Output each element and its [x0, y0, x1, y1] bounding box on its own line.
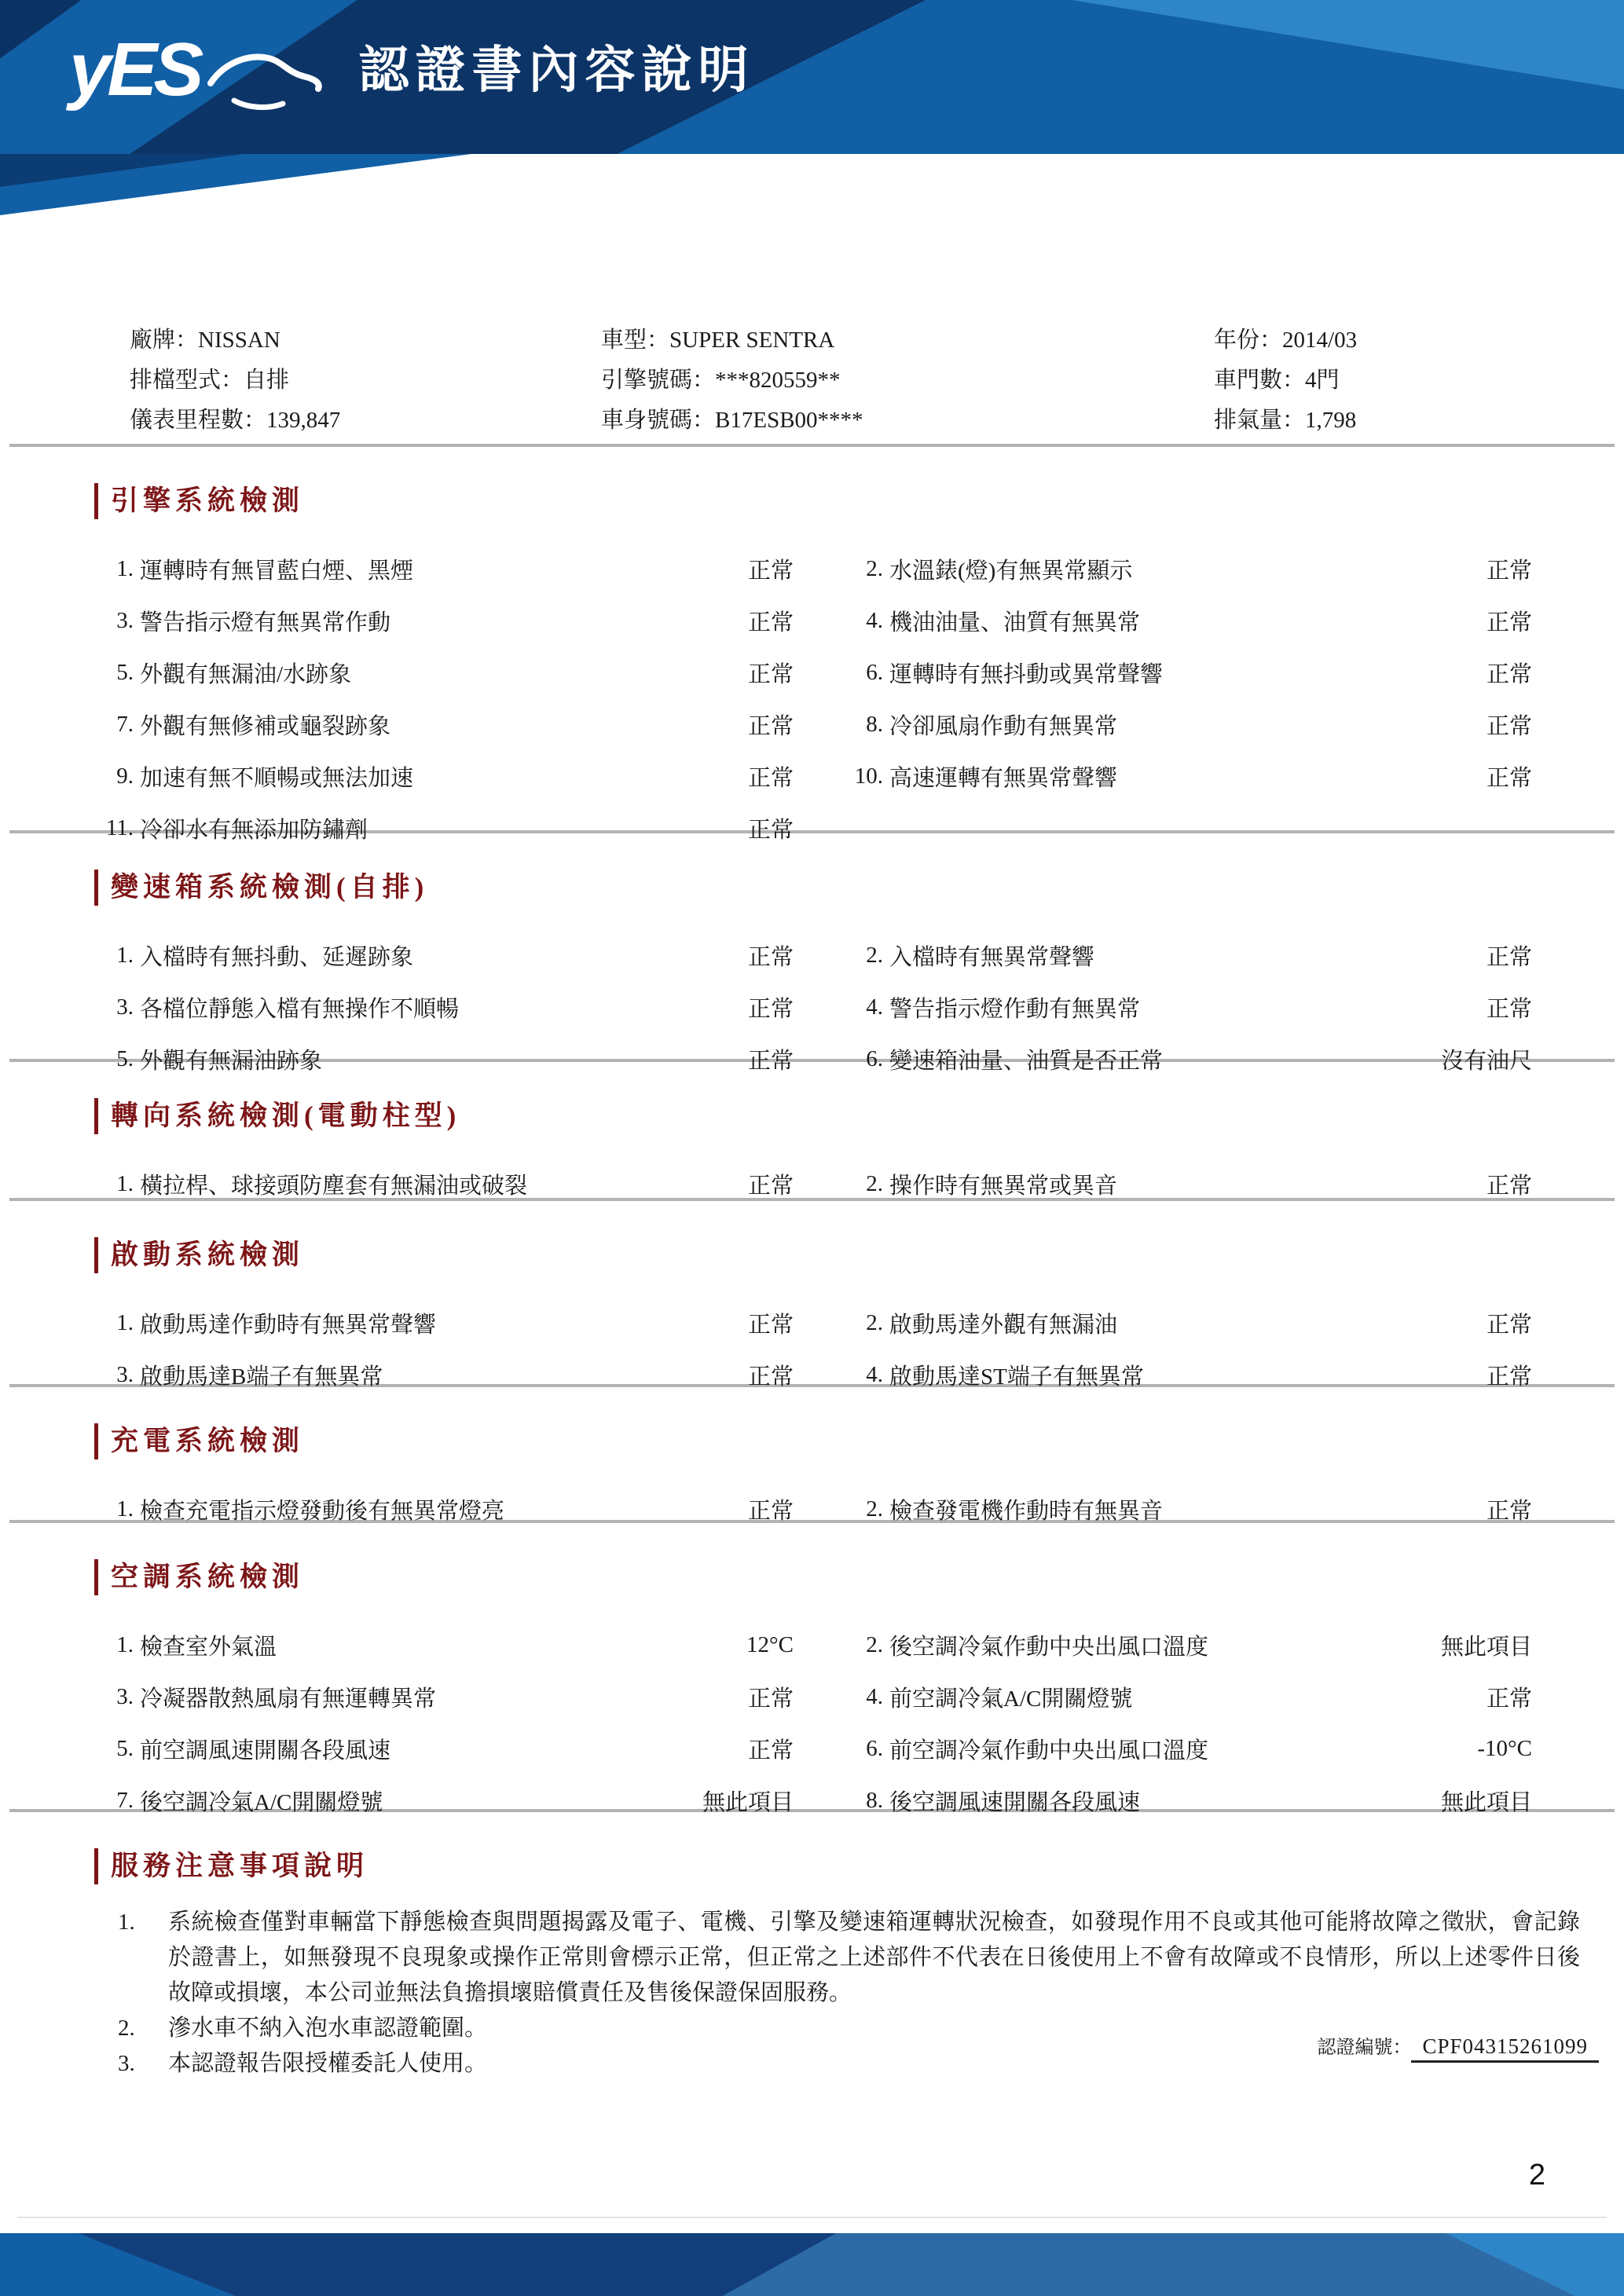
section-title-text: 轉向系統檢測(電動柱型) [111, 1098, 460, 1134]
title-bar [94, 1559, 98, 1595]
item-number: 2. [849, 1632, 883, 1658]
info-value: 1,798 [1305, 408, 1356, 433]
item-result: 正常 [676, 605, 794, 637]
item-number: 1. [99, 943, 134, 969]
item-number: 6. [849, 660, 883, 686]
item-number: 1. [99, 1310, 134, 1336]
info-value: 4門 [1305, 368, 1340, 393]
item-label: 外觀有無修補或龜裂跡象 [134, 709, 676, 741]
item-result: 正常 [1414, 1681, 1532, 1713]
section-title-text: 啟動系統檢測 [111, 1237, 304, 1273]
item-result: 正常 [676, 709, 794, 741]
item-number: 7. [99, 712, 134, 738]
title-bar [94, 1237, 98, 1273]
section-title-text: 引擎系統檢測 [111, 483, 304, 519]
note-text: 系統檢查僅對車輛當下靜態檢查與問題揭露及電子、電機、引擎及變速箱運轉狀況檢查，如… [159, 1905, 1580, 2011]
info-field: 車型：SUPER SENTRA [601, 320, 1214, 361]
section-title-text: 變速箱系統檢測(自排) [111, 870, 428, 906]
item-number: 2. [849, 556, 883, 582]
item-result: 正常 [676, 657, 794, 689]
item-number: 2. [849, 1496, 883, 1522]
item-label: 操作時有無異常或異音 [883, 1168, 1414, 1200]
item-result: 正常 [1414, 760, 1532, 793]
item-label: 警告指示燈有無異常作動 [134, 605, 676, 637]
item-number: 2. [849, 1310, 883, 1336]
info-field: 廠牌：NISSAN [130, 320, 601, 361]
item-label: 機油油量、油質有無異常 [883, 605, 1414, 637]
title-bar [94, 1098, 98, 1134]
section-title-text: 充電系統檢測 [111, 1423, 304, 1459]
info-label: 車型： [601, 328, 669, 353]
section-title: 服務注意事項說明 [94, 1848, 1624, 1884]
brand-block: yES 認證書內容說明 [69, 27, 754, 113]
item-label: 後空調冷氣作動中央出風口溫度 [883, 1629, 1414, 1661]
item-label: 啟動馬達外觀有無漏油 [883, 1307, 1414, 1339]
item-number: 1. [99, 1632, 134, 1658]
item-number: 2. [849, 1171, 883, 1197]
item-result: 正常 [676, 1681, 794, 1713]
item-number: 4. [849, 994, 883, 1020]
item-label: 警告指示燈作動有無異常 [883, 991, 1414, 1023]
item-number: 5. [99, 1736, 134, 1762]
inspection-row: 1.入檔時有無抖動、延遲跡象正常 2.入檔時有無異常聲響正常 [0, 929, 1624, 981]
certificate-number-value: CPF04315261099 [1411, 2034, 1599, 2063]
section-starting: 啟動系統檢測 1.啟動馬達作動時有無異常聲響正常 2.啟動馬達外觀有無漏油正常 … [0, 1198, 1624, 1401]
info-value: 139,847 [266, 408, 340, 433]
section-title-text: 空調系統檢測 [111, 1559, 304, 1595]
title-bar [94, 870, 98, 906]
note-number: 3. [118, 2046, 159, 2082]
item-result: 正常 [1414, 991, 1532, 1023]
title-bar [94, 483, 98, 519]
item-number: 1. [99, 1171, 134, 1197]
header-banner: yES 認證書內容說明 [0, 0, 1624, 154]
page-title: 認證書內容說明 [358, 45, 754, 95]
note-number: 1. [118, 1905, 159, 2011]
item-number: 4. [849, 1684, 883, 1710]
inspection-row: 1.運轉時有無冒藍白煙、黑煙正常 2.水溫錶(燈)有無異常顯示正常 [0, 543, 1624, 595]
info-value: B17ESB00**** [715, 408, 863, 433]
item-result: -10°C [1414, 1736, 1532, 1762]
section-ac: 空調系統檢測 1.檢查室外氣溫12°C 2.後空調冷氣作動中央出風口溫度無此項目… [0, 1520, 1624, 1826]
yes-logo: yES [69, 32, 200, 108]
item-result: 正常 [1414, 1168, 1532, 1200]
info-label: 引擎號碼： [601, 368, 715, 393]
item-number: 6. [849, 1736, 883, 1762]
footer-separator-line [17, 2217, 1607, 2218]
inspection-row: 3.冷凝器散熱風扇有無運轉異常正常 4.前空調冷氣A/C開關燈號正常 [0, 1671, 1624, 1723]
inspection-row: 3.各檔位靜態入檔有無操作不順暢正常 4.警告指示燈作動有無異常正常 [0, 981, 1624, 1033]
item-label: 高速運轉有無異常聲響 [883, 760, 1414, 793]
certificate-number-label: 認證編號： [1317, 2038, 1411, 2058]
item-label: 橫拉桿、球接頭防塵套有無漏油或破裂 [134, 1168, 676, 1200]
section-steering: 轉向系統檢測(電動柱型) 1.橫拉桿、球接頭防塵套有無漏油或破裂正常 2.操作時… [0, 1059, 1624, 1210]
info-value: 自排 [244, 368, 289, 393]
item-result: 正常 [676, 1307, 794, 1339]
section-title: 轉向系統檢測(電動柱型) [94, 1098, 1624, 1134]
info-label: 車身號碼： [601, 408, 715, 433]
item-result: 12°C [676, 1632, 794, 1658]
item-label: 前空調冷氣A/C開關燈號 [883, 1681, 1414, 1713]
item-number: 10. [849, 764, 883, 789]
item-label: 運轉時有無冒藍白煙、黑煙 [134, 553, 676, 585]
info-field: 車門數：4門 [1214, 361, 1593, 401]
section-rows: 1.運轉時有無冒藍白煙、黑煙正常 2.水溫錶(燈)有無異常顯示正常 3.警告指示… [0, 543, 1624, 854]
info-field: 年份：2014/03 [1214, 320, 1593, 361]
item-result: 正常 [676, 939, 794, 972]
item-label: 水溫錶(燈)有無異常顯示 [883, 553, 1414, 585]
inspection-row: 3.警告指示燈有無異常作動正常 4.機油油量、油質有無異常正常 [0, 595, 1624, 646]
item-number: 8. [849, 712, 883, 738]
section-title: 空調系統檢測 [94, 1559, 1624, 1595]
info-value: SUPER SENTRA [669, 328, 834, 353]
note-number: 2. [118, 2011, 159, 2046]
item-label: 加速有無不順暢或無法加速 [134, 760, 676, 793]
info-label: 排檔型式： [130, 368, 244, 393]
section-title: 充電系統檢測 [94, 1423, 1624, 1459]
item-number: 5. [99, 660, 134, 686]
inspection-row: 1.啟動馬達作動時有無異常聲響正常 2.啟動馬達外觀有無漏油正常 [0, 1297, 1624, 1349]
info-label: 年份： [1214, 328, 1282, 353]
section-charging: 充電系統檢測 1.檢查充電指示燈發動後有無異常燈亮正常 2.檢查發電機作動時有無… [0, 1384, 1624, 1535]
certificate-number-line: 認證編號：CPF04315261099 [1317, 2031, 1599, 2063]
item-label: 運轉時有無抖動或異常聲響 [883, 657, 1414, 689]
info-label: 儀表里程數： [130, 408, 266, 433]
item-result: 正常 [1414, 939, 1532, 972]
item-number: 2. [849, 943, 883, 969]
info-label: 廠牌： [130, 328, 198, 353]
item-result: 無此項目 [1414, 1629, 1532, 1661]
footer-banner [0, 2233, 1624, 2296]
info-value: ***820559** [715, 368, 841, 393]
info-field: 排氣量：1,798 [1214, 401, 1593, 441]
page-number: 2 [1529, 2159, 1545, 2192]
section-engine: 引擎系統檢測 1.運轉時有無冒藍白煙、黑煙正常 2.水溫錶(燈)有無異常顯示正常… [0, 444, 1624, 854]
item-label: 入檔時有無抖動、延遲跡象 [134, 939, 676, 972]
item-result: 正常 [676, 553, 794, 585]
item-label: 外觀有無漏油/水跡象 [134, 657, 676, 689]
item-number: 1. [99, 556, 134, 582]
item-number: 3. [99, 1684, 134, 1710]
item-result: 正常 [1414, 553, 1532, 585]
inspection-row: 5.外觀有無漏油/水跡象正常 6.運轉時有無抖動或異常聲響正常 [0, 646, 1624, 698]
item-label: 入檔時有無異常聲響 [883, 939, 1414, 972]
note-item: 1.系統檢查僅對車輛當下靜態檢查與問題揭露及電子、電機、引擎及變速箱運轉狀況檢查… [0, 1905, 1624, 2011]
inspection-row: 9.加速有無不順暢或無法加速正常 10.高速運轉有無異常聲響正常 [0, 750, 1624, 802]
title-bar [94, 1423, 98, 1459]
item-label: 啟動馬達作動時有無異常聲響 [134, 1307, 676, 1339]
item-result: 正常 [1414, 657, 1532, 689]
section-rows: 1.檢查室外氣溫12°C 2.後空調冷氣作動中央出風口溫度無此項目 3.冷凝器散… [0, 1619, 1624, 1826]
item-label: 冷卻風扇作動有無異常 [883, 709, 1414, 741]
item-result: 正常 [676, 1733, 794, 1765]
info-field: 引擎號碼：***820559** [601, 361, 1214, 401]
item-number: 3. [99, 994, 134, 1020]
item-label: 前空調冷氣作動中央出風口溫度 [883, 1733, 1414, 1765]
item-number: 1. [99, 1496, 134, 1522]
info-label: 車門數： [1214, 368, 1305, 393]
section-title: 變速箱系統檢測(自排) [94, 870, 1624, 906]
title-bar [94, 1848, 98, 1884]
vehicle-info: 廠牌：NISSAN 車型：SUPER SENTRA 年份：2014/03 排檔型… [130, 320, 1593, 441]
item-number: 3. [99, 608, 134, 634]
item-result: 正常 [676, 1168, 794, 1200]
info-value: NISSAN [198, 328, 280, 353]
item-result: 正常 [1414, 605, 1532, 637]
info-value: 2014/03 [1282, 328, 1357, 353]
certificate-page: yES 認證書內容說明 廠牌：NISSAN 車型：SUPER SENTRA 年份… [0, 0, 1624, 2296]
item-result: 正常 [1414, 709, 1532, 741]
inspection-row: 7.外觀有無修補或龜裂跡象正常 8.冷卻風扇作動有無異常正常 [0, 698, 1624, 750]
item-number: 4. [849, 608, 883, 634]
section-title-text: 服務注意事項說明 [111, 1848, 368, 1884]
car-outline-icon [207, 41, 325, 113]
item-label: 前空調風速開關各段風速 [134, 1733, 676, 1765]
section-title: 啟動系統檢測 [94, 1237, 1624, 1273]
info-field: 排檔型式：自排 [130, 361, 601, 401]
item-result: 正常 [676, 760, 794, 793]
inspection-row: 5.前空調風速開關各段風速正常 6.前空調冷氣作動中央出風口溫度-10°C [0, 1723, 1624, 1774]
item-result: 正常 [1414, 1307, 1532, 1339]
info-label: 排氣量： [1214, 408, 1305, 433]
info-field: 車身號碼：B17ESB00**** [601, 401, 1214, 441]
item-label: 各檔位靜態入檔有無操作不順暢 [134, 991, 676, 1023]
info-field: 儀表里程數：139,847 [130, 401, 601, 441]
item-label: 冷凝器散熱風扇有無運轉異常 [134, 1681, 676, 1713]
item-number: 9. [99, 764, 134, 789]
section-title: 引擎系統檢測 [94, 483, 1624, 519]
inspection-row: 1.檢查室外氣溫12°C 2.後空調冷氣作動中央出風口溫度無此項目 [0, 1619, 1624, 1671]
item-label: 檢查室外氣溫 [134, 1629, 676, 1661]
section-transmission: 變速箱系統檢測(自排) 1.入檔時有無抖動、延遲跡象正常 2.入檔時有無異常聲響… [0, 830, 1624, 1085]
item-result: 正常 [676, 991, 794, 1023]
